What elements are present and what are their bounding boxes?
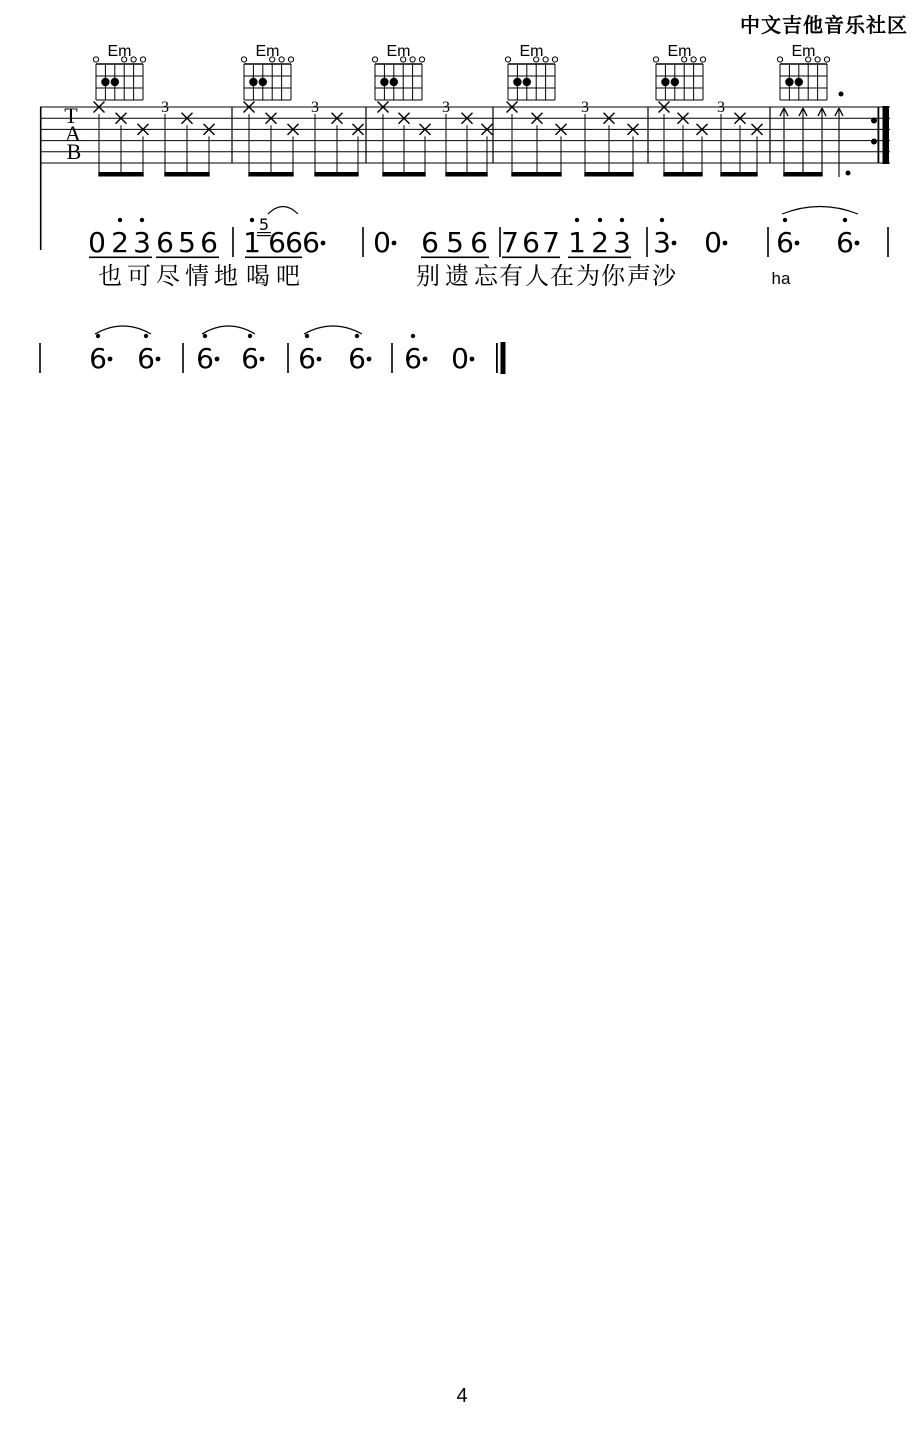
augmentation-dot xyxy=(846,171,851,176)
eighth-underline xyxy=(568,257,631,259)
open-string-icon xyxy=(815,57,820,62)
slur-arc xyxy=(782,207,858,215)
augmentation-dot xyxy=(723,241,728,246)
repeat-thin-bar xyxy=(878,107,880,163)
lyric: 声 xyxy=(627,263,651,290)
jianpu-note: 2 xyxy=(591,226,609,259)
eighth-underline xyxy=(89,257,152,259)
strum-arrow-icon xyxy=(818,108,822,116)
eighth-underline xyxy=(245,257,302,259)
score-page: 中文吉他音乐社区 EmEmEmEmEmEmTAB3333302365616660… xyxy=(0,0,924,1429)
jianpu-note: 6 xyxy=(348,342,366,375)
open-string-icon xyxy=(691,57,696,62)
finger-dot-icon xyxy=(671,78,679,86)
fret-number: 3 xyxy=(442,99,450,116)
octave-dot xyxy=(248,334,252,338)
lyric: 喝 xyxy=(246,263,270,290)
score-canvas: EmEmEmEmEmEmTAB3333302365616660656767123… xyxy=(0,0,924,1429)
beam xyxy=(783,172,822,177)
open-string-icon xyxy=(93,57,98,62)
octave-dot xyxy=(411,334,415,338)
octave-dot xyxy=(250,218,254,222)
augmentation-dot xyxy=(672,241,677,246)
lyric: 别 xyxy=(416,263,440,290)
octave-dot xyxy=(620,218,624,222)
finger-dot-icon xyxy=(661,78,669,86)
strum-arrow-icon xyxy=(822,108,826,116)
jianpu-note: 6 xyxy=(302,226,320,259)
open-string-icon xyxy=(140,57,145,62)
octave-dot xyxy=(96,334,100,338)
open-string-icon xyxy=(824,57,829,62)
open-string-icon xyxy=(410,57,415,62)
lyric: 可 xyxy=(127,263,151,290)
strum-arrow-icon xyxy=(780,108,784,116)
tab-clef-letter: B xyxy=(67,139,82,164)
jianpu-note: 6 xyxy=(196,342,214,375)
finger-dot-icon xyxy=(523,78,531,86)
octave-dot xyxy=(783,218,787,222)
lyric: 人 xyxy=(525,263,549,290)
strum-arrow-icon xyxy=(799,108,803,116)
augmentation-dot xyxy=(108,357,113,362)
augmentation-dot xyxy=(855,241,860,246)
lyric: ha xyxy=(772,269,791,288)
strum-arrow-icon xyxy=(803,108,807,116)
octave-dot xyxy=(575,218,579,222)
octave-dot xyxy=(203,334,207,338)
augmentation-dot xyxy=(317,357,322,362)
chord-name-label: Em xyxy=(792,43,816,60)
open-string-icon xyxy=(543,57,548,62)
jianpu-note: 6 xyxy=(470,226,488,259)
chord-name-label: Em xyxy=(387,43,411,60)
jianpu-note: 6 xyxy=(268,226,286,259)
finger-dot-icon xyxy=(390,78,398,86)
jianpu-note: 0 xyxy=(451,342,469,375)
repeat-thick-bar xyxy=(883,106,890,164)
repeat-dot xyxy=(871,139,877,145)
chord-name-label: Em xyxy=(256,43,280,60)
lyric: 有 xyxy=(499,263,523,290)
jianpu-note: 3 xyxy=(653,226,671,259)
octave-dot xyxy=(118,218,122,222)
finger-dot-icon xyxy=(785,78,793,86)
octave-dot xyxy=(660,218,664,222)
open-string-icon xyxy=(653,57,658,62)
eighth-underline xyxy=(502,257,560,259)
open-string-icon xyxy=(505,57,510,62)
jianpu-note: 6 xyxy=(298,342,316,375)
lyric: 尽 xyxy=(156,263,180,290)
lyric: 沙 xyxy=(652,263,677,290)
octave-dot xyxy=(598,218,602,222)
jianpu-note: 2 xyxy=(111,226,129,259)
augmentation-dot xyxy=(367,357,372,362)
staccato-dot xyxy=(839,92,844,97)
open-string-icon xyxy=(131,57,136,62)
repeat-dot xyxy=(871,118,877,124)
final-thick-bar xyxy=(501,342,506,374)
finger-dot-icon xyxy=(249,78,257,86)
beam xyxy=(248,172,293,177)
strum-arrow-icon xyxy=(784,108,788,116)
lyric: 吧 xyxy=(276,263,300,290)
chord-name-label: Em xyxy=(108,43,132,60)
lyric: 情 xyxy=(185,263,209,290)
jianpu-note: 3 xyxy=(133,226,151,259)
augmentation-dot xyxy=(260,357,265,362)
finger-dot-icon xyxy=(380,78,388,86)
augmentation-dot xyxy=(470,357,475,362)
jianpu-note: 6 xyxy=(522,226,540,259)
jianpu-note: 0 xyxy=(88,226,106,259)
final-thin-bar xyxy=(496,343,498,373)
lyric: 忘 xyxy=(474,263,499,290)
finger-dot-icon xyxy=(513,78,521,86)
beam xyxy=(98,172,143,177)
augmentation-dot xyxy=(156,357,161,362)
open-string-icon xyxy=(288,57,293,62)
jianpu-note: 6 xyxy=(156,226,174,259)
open-string-icon xyxy=(552,57,557,62)
octave-dot xyxy=(355,334,359,338)
grace-underline xyxy=(257,235,271,236)
beam xyxy=(584,172,633,177)
jianpu-note: 6 xyxy=(776,226,794,259)
grace-note: 5 xyxy=(259,215,269,234)
grace-underline xyxy=(257,232,271,233)
lyric: 为 xyxy=(576,263,600,290)
augmentation-dot xyxy=(215,357,220,362)
jianpu-note: 6 xyxy=(200,226,218,259)
jianpu-note: 1 xyxy=(568,226,586,259)
beam xyxy=(511,172,561,177)
jianpu-note: 5 xyxy=(178,226,196,259)
jianpu-note: 6 xyxy=(137,342,155,375)
fret-number: 3 xyxy=(161,99,169,116)
beam xyxy=(164,172,209,177)
jianpu-note: 7 xyxy=(542,226,560,259)
open-string-icon xyxy=(777,57,782,62)
jianpu-note: 6 xyxy=(89,342,107,375)
jianpu-note: 0 xyxy=(373,226,391,259)
open-string-icon xyxy=(372,57,377,62)
jianpu-note: 6 xyxy=(404,342,422,375)
finger-dot-icon xyxy=(259,78,267,86)
jianpu-note: 6 xyxy=(836,226,854,259)
octave-dot xyxy=(144,334,148,338)
jianpu-note: 6 xyxy=(421,226,439,259)
page-number: 4 xyxy=(0,1385,924,1408)
open-string-icon xyxy=(241,57,246,62)
finger-dot-icon xyxy=(101,78,109,86)
fret-number: 3 xyxy=(311,99,319,116)
beam xyxy=(445,172,487,177)
slur-arc xyxy=(95,326,151,334)
lyric: 你 xyxy=(601,263,626,290)
strum-arrow-icon xyxy=(835,108,839,116)
open-string-icon xyxy=(700,57,705,62)
beam xyxy=(382,172,425,177)
beam xyxy=(314,172,358,177)
jianpu-note: 6 xyxy=(285,226,303,259)
finger-dot-icon xyxy=(111,78,119,86)
octave-dot xyxy=(843,218,847,222)
eighth-underline xyxy=(421,257,489,259)
augmentation-dot xyxy=(392,241,397,246)
fret-number: 3 xyxy=(717,99,725,116)
slur-arc xyxy=(268,207,298,215)
beam xyxy=(720,172,757,177)
jianpu-note: 6 xyxy=(241,342,259,375)
augmentation-dot xyxy=(423,357,428,362)
strum-arrow-icon xyxy=(839,108,843,116)
augmentation-dot xyxy=(321,241,326,246)
beam xyxy=(663,172,702,177)
jianpu-note: 7 xyxy=(501,226,519,259)
octave-dot xyxy=(305,334,309,338)
finger-dot-icon xyxy=(795,78,803,86)
jianpu-note: 3 xyxy=(613,226,631,259)
slur-arc xyxy=(202,326,255,334)
open-string-icon xyxy=(419,57,424,62)
lyric: 在 xyxy=(550,263,574,290)
fret-number: 3 xyxy=(581,99,589,116)
lyric: 也 xyxy=(98,263,122,290)
chord-name-label: Em xyxy=(668,43,692,60)
augmentation-dot xyxy=(795,241,800,246)
open-string-icon xyxy=(279,57,284,62)
lyric: 地 xyxy=(214,263,238,290)
octave-dot xyxy=(140,218,144,222)
eighth-underline xyxy=(156,257,219,259)
jianpu-note: 5 xyxy=(446,226,464,259)
slur-arc xyxy=(304,326,362,334)
jianpu-note: 0 xyxy=(704,226,722,259)
chord-name-label: Em xyxy=(520,43,544,60)
lyric: 遗 xyxy=(445,263,469,290)
